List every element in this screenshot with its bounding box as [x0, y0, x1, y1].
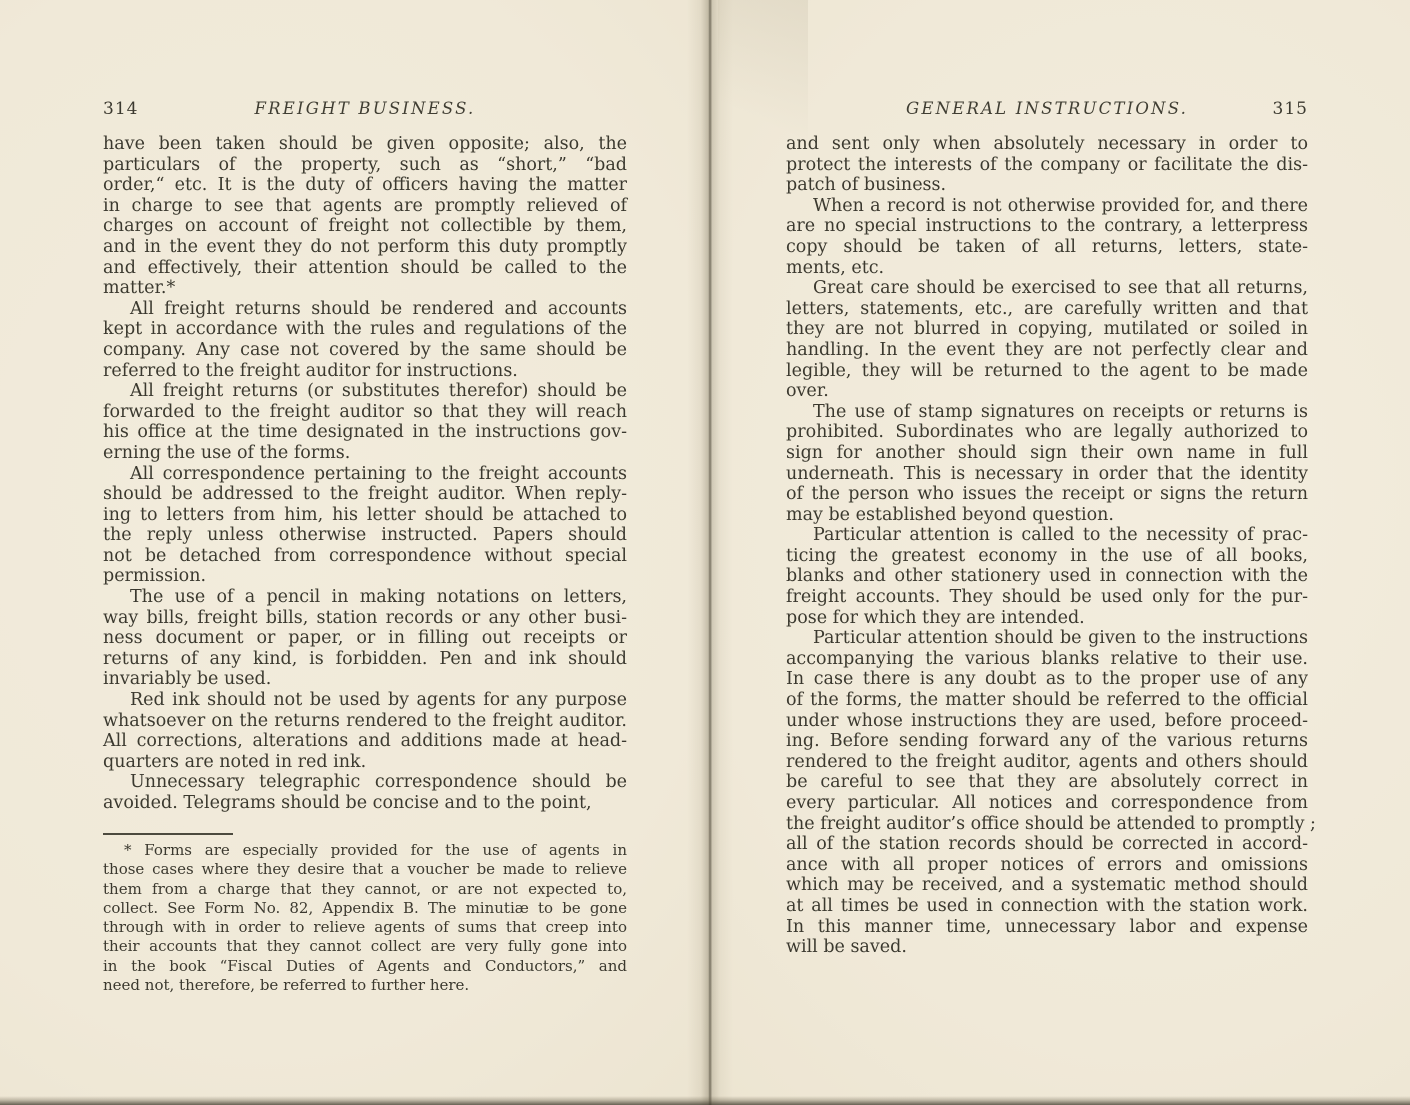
page-bottom-edge-shadow	[0, 1096, 1410, 1105]
text-line: ticing the greatest economy in the use o…	[786, 546, 1308, 567]
text-line: matter.*	[103, 278, 627, 299]
left-page-header: 314 FREIGHT BUSINESS.	[103, 97, 627, 121]
paragraph: All freight returns (or substitutes ther…	[103, 381, 627, 463]
text-line: freight accounts. They should be used on…	[786, 587, 1308, 608]
text-line: in charge to see that agents are promptl…	[103, 196, 627, 217]
paragraph: * Forms are especially provided for the …	[103, 841, 627, 995]
text-line: whatsoever on the returns rendered to th…	[103, 711, 627, 732]
book-spread: 314 FREIGHT BUSINESS. have been taken sh…	[0, 0, 1410, 1105]
text-line: legible, they will be returned to the ag…	[786, 361, 1308, 382]
text-line: letters, statements, etc., are carefully…	[786, 299, 1308, 320]
text-line: be careful to see that they are absolute…	[786, 772, 1308, 793]
text-line: and sent only when absolutely necessary …	[786, 134, 1308, 155]
paragraph: The use of a pencil in making notations …	[103, 587, 627, 690]
text-line: collect. See Form No. 82, Appendix B. Th…	[103, 899, 627, 918]
text-line: prohibited. Subordinates who are legally…	[786, 422, 1308, 443]
text-line: and in the event they do not perform thi…	[103, 237, 627, 258]
text-line: way bills, freight bills, station record…	[103, 608, 627, 629]
text-line: * Forms are especially provided for the …	[103, 841, 627, 860]
paragraph: Particular attention should be given to …	[786, 628, 1308, 958]
text-line: kept in accordance with the rules and re…	[103, 319, 627, 340]
text-line: All corrections, alterations and additio…	[103, 731, 627, 752]
text-line: underneath. This is necessary in order t…	[786, 464, 1308, 485]
text-line: Unnecessary telegraphic correspondence s…	[103, 772, 627, 793]
text-line: in the book “Fiscal Duties of Agents and…	[103, 957, 627, 976]
text-line: ing. Before sending forward any of the v…	[786, 731, 1308, 752]
text-line: Particular attention is called to the ne…	[786, 525, 1308, 546]
text-line: will be saved.	[786, 937, 1308, 958]
text-line: pose for which they are intended.	[786, 608, 1308, 629]
text-line: accompanying the various blanks relative…	[786, 649, 1308, 670]
paragraph: When a record is not otherwise provided …	[786, 196, 1308, 278]
text-line: Red ink should not be used by agents for…	[103, 690, 627, 711]
text-line: The use of a pencil in making notations …	[103, 587, 627, 608]
paragraph: Unnecessary telegraphic correspondence s…	[103, 772, 627, 813]
text-line: invariably be used.	[103, 669, 627, 690]
text-line: copy should be taken of all returns, let…	[786, 237, 1308, 258]
text-line: avoided. Telegrams should be concise and…	[103, 793, 627, 814]
text-line: referred to the freight auditor for inst…	[103, 361, 627, 382]
text-line: quarters are noted in red ink.	[103, 752, 627, 773]
paragraph: The use of stamp signatures on receipts …	[786, 402, 1308, 526]
text-line: All correspondence pertaining to the fre…	[103, 464, 627, 485]
paragraph: Particular attention is called to the ne…	[786, 525, 1308, 628]
text-line: patch of business.	[786, 175, 1308, 196]
text-line: need not, therefore, be referred to furt…	[103, 976, 627, 995]
text-line: all of the station records should be cor…	[786, 834, 1308, 855]
text-line: the freight auditor’s office should be a…	[786, 814, 1308, 835]
text-line: may be established beyond question.	[786, 505, 1308, 526]
text-line: In this manner time, unnecessary labor a…	[786, 917, 1308, 938]
right-page-body: and sent only when absolutely necessary …	[786, 134, 1308, 958]
text-line: are no special instructions to the contr…	[786, 216, 1308, 237]
text-line: All freight returns (or substitutes ther…	[103, 381, 627, 402]
text-line: sign for another should sign their own n…	[786, 443, 1308, 464]
text-line: charges on account of freight not collec…	[103, 216, 627, 237]
text-line: their accounts that they cannot collect …	[103, 937, 627, 956]
text-line: of the person who issues the receipt or …	[786, 484, 1308, 505]
book-gutter-shadow	[687, 0, 733, 1105]
text-line: at all times be used in connection with …	[786, 896, 1308, 917]
footnote-rule	[103, 833, 233, 835]
paragraph: have been taken should be given opposite…	[103, 134, 627, 299]
text-line: of the forms, the matter should be refer…	[786, 690, 1308, 711]
text-line: permission.	[103, 566, 627, 587]
text-line: erning the use of the forms.	[103, 443, 627, 464]
text-line: returns of any kind, is forbidden. Pen a…	[103, 649, 627, 670]
text-line: under whose instructions they are used, …	[786, 711, 1308, 732]
text-line: every particular. All notices and corres…	[786, 793, 1308, 814]
text-line: and effectively, their attention should …	[103, 258, 627, 279]
text-line: have been taken should be given opposite…	[103, 134, 627, 155]
right-running-title: GENERAL INSTRUCTIONS.	[786, 97, 1308, 121]
paragraph: All freight returns should be rendered a…	[103, 299, 627, 381]
paragraph: All correspondence pertaining to the fre…	[103, 464, 627, 588]
text-line: not be detached from correspondence with…	[103, 546, 627, 567]
text-line: ness document or paper, or in filling ou…	[103, 628, 627, 649]
paragraph: and sent only when absolutely necessary …	[786, 134, 1308, 196]
paragraph: Great care should be exercised to see th…	[786, 278, 1308, 402]
text-line: which may be received, and a systematic …	[786, 875, 1308, 896]
text-line: order,“ etc. It is the duty of officers …	[103, 175, 627, 196]
text-line: should be addressed to the freight audit…	[103, 484, 627, 505]
text-line: the reply unless otherwise instructed. P…	[103, 525, 627, 546]
text-line: In case there is any doubt as to the pro…	[786, 669, 1308, 690]
text-line: handling. In the event they are not perf…	[786, 340, 1308, 361]
left-page-footnote: * Forms are especially provided for the …	[103, 841, 627, 995]
text-line: particulars of the property, such as “sh…	[103, 155, 627, 176]
right-page-number: 315	[1273, 97, 1308, 121]
text-line: his office at the time designated in the…	[103, 422, 627, 443]
text-line: forwarded to the freight auditor so that…	[103, 402, 627, 423]
text-line: ments, etc.	[786, 258, 1308, 279]
text-line: those cases where they desire that a vou…	[103, 860, 627, 879]
text-line: When a record is not otherwise provided …	[786, 196, 1308, 217]
text-line: All freight returns should be rendered a…	[103, 299, 627, 320]
left-page-number: 314	[103, 97, 138, 121]
text-line: The use of stamp signatures on receipts …	[786, 402, 1308, 423]
text-line: over.	[786, 381, 1308, 402]
text-line: company. Any case not covered by the sam…	[103, 340, 627, 361]
text-line: through with in order to relieve agents …	[103, 918, 627, 937]
text-line: they are not blurred in copying, mutilat…	[786, 319, 1308, 340]
text-line: ance with all proper notices of errors a…	[786, 855, 1308, 876]
text-line: Great care should be exercised to see th…	[786, 278, 1308, 299]
text-line: Particular attention should be given to …	[786, 628, 1308, 649]
text-line: rendered to the freight auditor, agents …	[786, 752, 1308, 773]
paragraph: Red ink should not be used by agents for…	[103, 690, 627, 772]
right-page-header: GENERAL INSTRUCTIONS. 315	[786, 97, 1308, 121]
text-line: ing to letters from him, his letter shou…	[103, 505, 627, 526]
text-line: blanks and other stationery used in conn…	[786, 566, 1308, 587]
text-line: them from a charge that they cannot, or …	[103, 880, 627, 899]
left-running-title: FREIGHT BUSINESS.	[103, 97, 627, 121]
left-page-body: have been taken should be given opposite…	[103, 134, 627, 814]
text-line: protect the interests of the company or …	[786, 155, 1308, 176]
